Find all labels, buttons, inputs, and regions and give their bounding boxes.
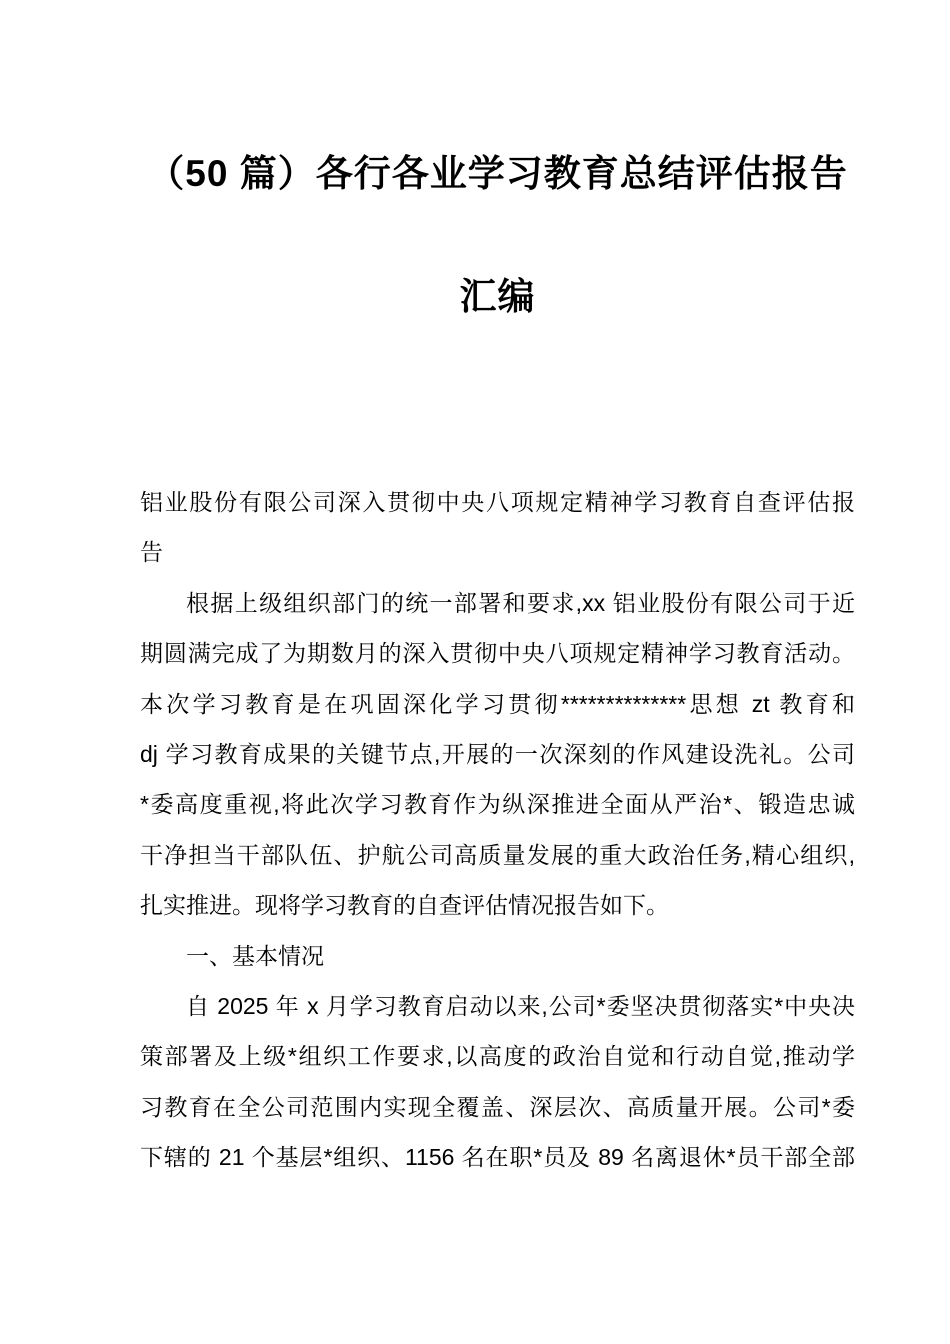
section-heading: 一、基本情况 <box>140 931 855 981</box>
text-line: 根据上级组织部门的统一部署和要求,xx 铝业股份有限公司于近 <box>140 578 855 628</box>
text-line: 习教育在全公司范围内实现全覆盖、深层次、高质量开展。公司*委 <box>140 1082 855 1132</box>
document-body: 铝业股份有限公司深入贯彻中央八项规定精神学习教育自查评估报 告 根据上级组织部门… <box>140 477 855 1182</box>
text-line: dj 学习教育成果的关键节点,开展的一次深刻的作风建设洗礼。公司 <box>140 729 855 779</box>
text-line: 扎实推进。现将学习教育的自查评估情况报告如下。 <box>140 880 855 930</box>
text-line: 期圆满完成了为期数月的深入贯彻中央八项规定精神学习教育活动。 <box>140 628 855 678</box>
text-line: 本次学习教育是在巩固深化学习贯彻**************思想 zt 教育和 <box>140 679 855 729</box>
text-line: *委高度重视,将此次学习教育作为纵深推进全面从严治*、锻造忠诚 <box>140 779 855 829</box>
text-line: 铝业股份有限公司深入贯彻中央八项规定精神学习教育自查评估报 <box>140 477 855 527</box>
text-line: 干净担当干部队伍、护航公司高质量发展的重大政治任务,精心组织, <box>140 830 855 880</box>
document-title-line-2: 汇编 <box>140 276 855 318</box>
text-line: 告 <box>140 527 855 577</box>
text-line: 下辖的 21 个基层*组织、1156 名在职*员及 89 名离退休*员干部全部 <box>140 1132 855 1182</box>
text-column: （50 篇）各行各业学习教育总结评估报告 汇编 铝业股份有限公司深入贯彻中央八项… <box>0 153 950 1182</box>
document-page: （50 篇）各行各业学习教育总结评估报告 汇编 铝业股份有限公司深入贯彻中央八项… <box>0 0 950 1344</box>
text-line: 自 2025 年 x 月学习教育启动以来,公司*委坚决贯彻落实*中央决 <box>140 981 855 1031</box>
text-line: 策部署及上级*组织工作要求,以高度的政治自觉和行动自觉,推动学 <box>140 1031 855 1081</box>
document-title-line-1: （50 篇）各行各业学习教育总结评估报告 <box>140 153 855 195</box>
